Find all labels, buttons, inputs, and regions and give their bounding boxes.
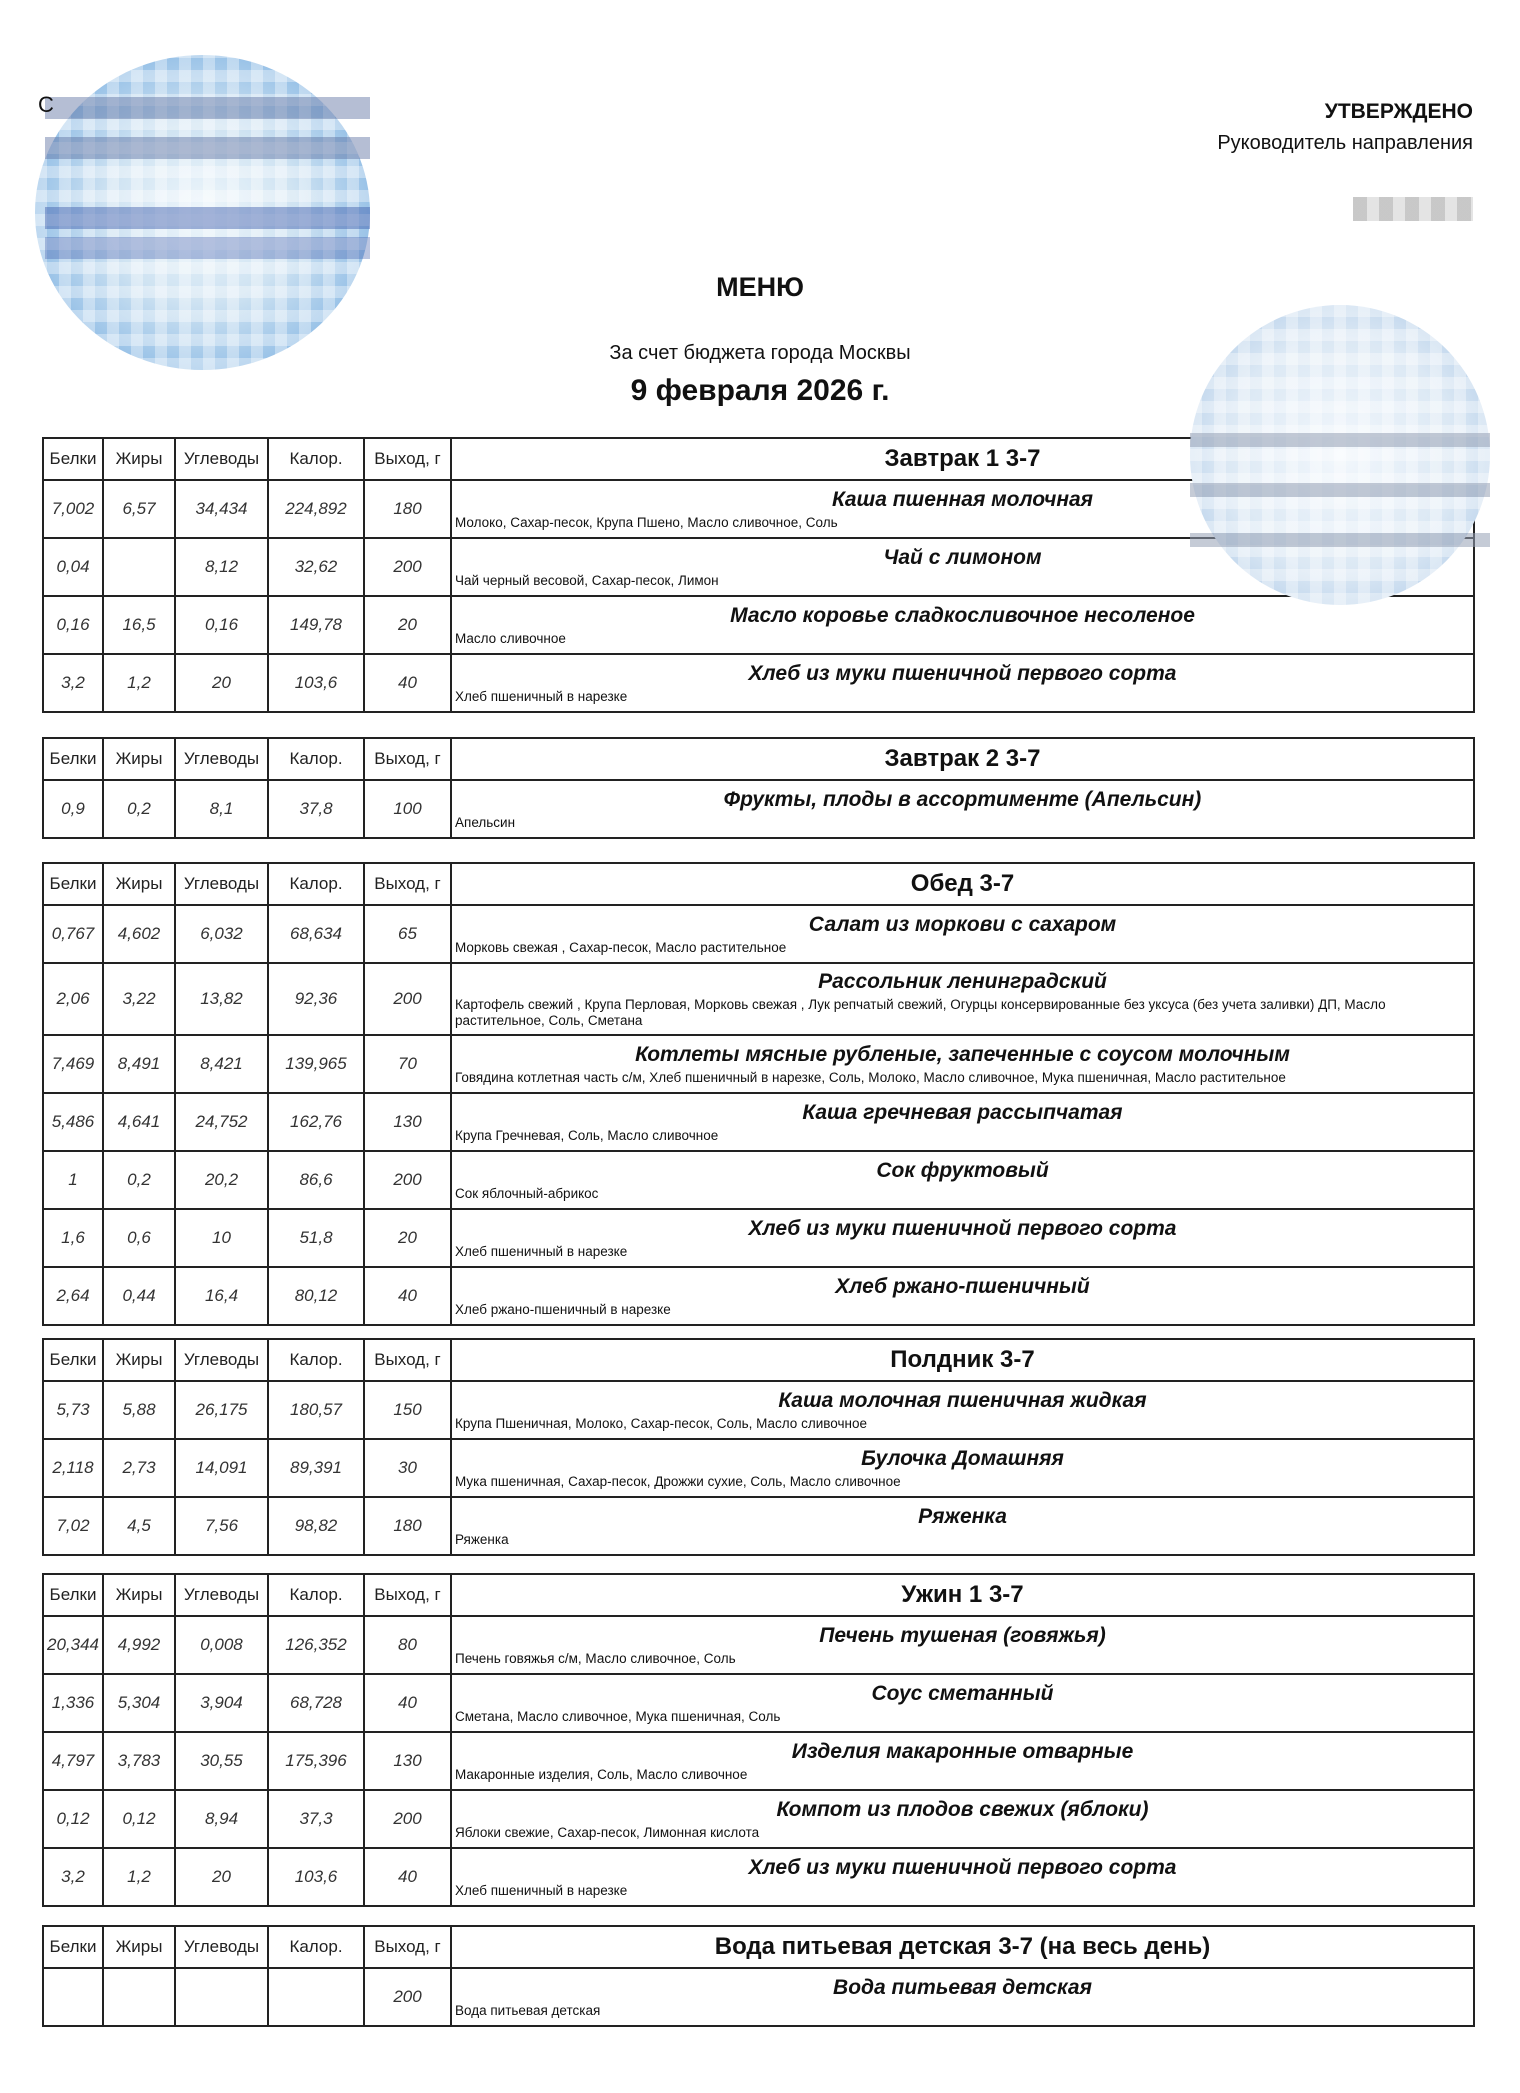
nutrient-yield: 40 bbox=[364, 1267, 451, 1325]
dish-row: 2,1182,7314,09189,39130Булочка ДомашняяМ… bbox=[43, 1439, 1474, 1497]
nutrient-fat: 0,12 bbox=[103, 1790, 175, 1848]
approval-title: УТВЕРЖДЕНО bbox=[1217, 100, 1473, 124]
column-header: Калор. bbox=[268, 863, 364, 905]
nutrient-kcal: 92,36 bbox=[268, 963, 364, 1035]
nutrient-carbs: 16,4 bbox=[175, 1267, 268, 1325]
nutrient-carbs: 8,12 bbox=[175, 538, 268, 596]
approval-block: УТВЕРЖДЕНО Руководитель направления bbox=[1217, 100, 1473, 155]
column-header: Калор. bbox=[268, 1926, 364, 1968]
stamp-initial: С bbox=[38, 92, 54, 118]
dish-row: 4,7973,78330,55175,396130Изделия макарон… bbox=[43, 1732, 1474, 1790]
nutrient-kcal: 180,57 bbox=[268, 1381, 364, 1439]
dish-row: 3,21,220103,640Хлеб из муки пшеничной пе… bbox=[43, 654, 1474, 712]
dish-cell: Рассольник ленинградскийКартофель свежий… bbox=[451, 963, 1474, 1035]
column-header: Жиры bbox=[103, 438, 175, 480]
column-header: Жиры bbox=[103, 1574, 175, 1616]
dish-cell: Печень тушеная (говяжья)Печень говяжья с… bbox=[451, 1616, 1474, 1674]
nutrient-protein: 0,9 bbox=[43, 780, 103, 838]
nutrient-yield: 150 bbox=[364, 1381, 451, 1439]
dish-row: 200Вода питьевая детскаяВода питьевая де… bbox=[43, 1968, 1474, 2026]
column-header: Жиры bbox=[103, 863, 175, 905]
column-header: Белки bbox=[43, 1574, 103, 1616]
nutrient-fat: 16,5 bbox=[103, 596, 175, 654]
meal-table: БелкиЖирыУглеводыКалор.Выход, гОбед 3-70… bbox=[42, 862, 1475, 1326]
nutrient-kcal: 103,6 bbox=[268, 1848, 364, 1906]
nutrient-yield: 180 bbox=[364, 1497, 451, 1555]
nutrient-carbs: 10 bbox=[175, 1209, 268, 1267]
dish-name: Изделия макаронные отварные bbox=[452, 1738, 1473, 1764]
nutrient-yield: 40 bbox=[364, 654, 451, 712]
dish-row: 5,4864,64124,752162,76130Каша гречневая … bbox=[43, 1093, 1474, 1151]
nutrient-kcal: 162,76 bbox=[268, 1093, 364, 1151]
nutrient-kcal: 32,62 bbox=[268, 538, 364, 596]
nutrient-kcal: 139,965 bbox=[268, 1035, 364, 1093]
nutrient-yield: 200 bbox=[364, 1968, 451, 2026]
nutrient-fat: 0,2 bbox=[103, 780, 175, 838]
nutrient-yield: 65 bbox=[364, 905, 451, 963]
nutrient-protein: 1 bbox=[43, 1151, 103, 1209]
nutrient-carbs: 34,434 bbox=[175, 480, 268, 538]
nutrient-kcal: 80,12 bbox=[268, 1267, 364, 1325]
dish-row: 5,735,8826,175180,57150Каша молочная пше… bbox=[43, 1381, 1474, 1439]
dish-cell: Фрукты, плоды в ассортименте (Апельсин)А… bbox=[451, 780, 1474, 838]
dish-name: Рассольник ленинградский bbox=[452, 968, 1473, 994]
dish-name: Котлеты мясные рубленые, запеченные с со… bbox=[452, 1041, 1473, 1067]
dish-cell: Салат из моркови с сахаромМорковь свежая… bbox=[451, 905, 1474, 963]
nutrient-protein: 20,344 bbox=[43, 1616, 103, 1674]
column-header: Калор. bbox=[268, 1339, 364, 1381]
dish-cell: Булочка ДомашняяМука пшеничная, Сахар-пе… bbox=[451, 1439, 1474, 1497]
nutrient-fat bbox=[103, 1968, 175, 2026]
nutrient-kcal: 37,3 bbox=[268, 1790, 364, 1848]
column-header: Выход, г bbox=[364, 1339, 451, 1381]
dish-cell: Изделия макаронные отварныеМакаронные из… bbox=[451, 1732, 1474, 1790]
dish-row: 10,220,286,6200Сок фруктовыйСок яблочный… bbox=[43, 1151, 1474, 1209]
dish-cell: Масло коровье сладкосливочное несоленоеМ… bbox=[451, 596, 1474, 654]
column-header: Выход, г bbox=[364, 1926, 451, 1968]
meal-name: Обед 3-7 bbox=[451, 863, 1474, 905]
dish-name: Хлеб ржано-пшеничный bbox=[452, 1273, 1473, 1299]
nutrient-fat: 0,2 bbox=[103, 1151, 175, 1209]
nutrient-yield: 20 bbox=[364, 596, 451, 654]
dish-row: 0,7674,6026,03268,63465Салат из моркови … bbox=[43, 905, 1474, 963]
nutrient-fat: 1,2 bbox=[103, 1848, 175, 1906]
dish-ingredients: Хлеб пшеничный в нарезке bbox=[452, 686, 1473, 707]
page-title: МЕНЮ bbox=[0, 272, 1520, 303]
nutrient-protein: 1,6 bbox=[43, 1209, 103, 1267]
column-header: Выход, г bbox=[364, 863, 451, 905]
meal-table: БелкиЖирыУглеводыКалор.Выход, гУжин 1 3-… bbox=[42, 1573, 1475, 1907]
nutrient-carbs bbox=[175, 1968, 268, 2026]
dish-name: Каша гречневая рассыпчатая bbox=[452, 1099, 1473, 1125]
column-header: Белки bbox=[43, 438, 103, 480]
nutrient-fat: 4,5 bbox=[103, 1497, 175, 1555]
dish-cell: Котлеты мясные рубленые, запеченные с со… bbox=[451, 1035, 1474, 1093]
dish-ingredients: Апельсин bbox=[452, 812, 1473, 833]
dish-cell: Хлеб из муки пшеничной первого сортаХлеб… bbox=[451, 1848, 1474, 1906]
dish-row: 0,120,128,9437,3200Компот из плодов свеж… bbox=[43, 1790, 1474, 1848]
column-header: Калор. bbox=[268, 738, 364, 780]
dish-name: Масло коровье сладкосливочное несоленое bbox=[452, 602, 1473, 628]
nutrient-yield: 100 bbox=[364, 780, 451, 838]
nutrient-fat: 0,44 bbox=[103, 1267, 175, 1325]
dish-cell: Хлеб из муки пшеничной первого сортаХлеб… bbox=[451, 654, 1474, 712]
meal-table: БелкиЖирыУглеводыКалор.Выход, гВода пить… bbox=[42, 1925, 1475, 2027]
nutrient-carbs: 6,032 bbox=[175, 905, 268, 963]
dish-cell: Каша гречневая рассыпчатаяКрупа Гречнева… bbox=[451, 1093, 1474, 1151]
nutrient-carbs: 3,904 bbox=[175, 1674, 268, 1732]
meal-header-row: БелкиЖирыУглеводыКалор.Выход, гУжин 1 3-… bbox=[43, 1574, 1474, 1616]
nutrient-kcal: 86,6 bbox=[268, 1151, 364, 1209]
nutrient-yield: 40 bbox=[364, 1848, 451, 1906]
nutrient-protein: 2,06 bbox=[43, 963, 103, 1035]
approval-role: Руководитель направления bbox=[1217, 132, 1473, 155]
column-header: Белки bbox=[43, 738, 103, 780]
nutrient-carbs: 30,55 bbox=[175, 1732, 268, 1790]
column-header: Выход, г bbox=[364, 438, 451, 480]
nutrient-yield: 70 bbox=[364, 1035, 451, 1093]
column-header: Жиры bbox=[103, 1339, 175, 1381]
dish-ingredients: Крупа Гречневая, Соль, Масло сливочное bbox=[452, 1125, 1473, 1146]
dish-ingredients: Яблоки свежие, Сахар-песок, Лимонная кис… bbox=[452, 1822, 1473, 1843]
dish-row: 20,3444,9920,008126,35280Печень тушеная … bbox=[43, 1616, 1474, 1674]
dish-ingredients: Хлеб ржано-пшеничный в нарезке bbox=[452, 1299, 1473, 1320]
dish-ingredients: Морковь свежая , Сахар-песок, Масло раст… bbox=[452, 937, 1473, 958]
dish-name: Булочка Домашняя bbox=[452, 1445, 1473, 1471]
dish-cell: Сок фруктовыйСок яблочный-абрикос bbox=[451, 1151, 1474, 1209]
nutrient-fat: 3,22 bbox=[103, 963, 175, 1035]
nutrient-carbs: 7,56 bbox=[175, 1497, 268, 1555]
nutrient-fat: 5,88 bbox=[103, 1381, 175, 1439]
dish-row: 2,640,4416,480,1240Хлеб ржано-пшеничныйХ… bbox=[43, 1267, 1474, 1325]
nutrient-yield: 130 bbox=[364, 1093, 451, 1151]
dish-row: 0,1616,50,16149,7820Масло коровье сладко… bbox=[43, 596, 1474, 654]
nutrient-yield: 40 bbox=[364, 1674, 451, 1732]
meal-name: Полдник 3-7 bbox=[451, 1339, 1474, 1381]
meal-name: Ужин 1 3-7 bbox=[451, 1574, 1474, 1616]
nutrient-kcal: 37,8 bbox=[268, 780, 364, 838]
dish-name: Хлеб из муки пшеничной первого сорта bbox=[452, 660, 1473, 686]
dish-ingredients: Хлеб пшеничный в нарезке bbox=[452, 1241, 1473, 1262]
column-header: Углеводы bbox=[175, 738, 268, 780]
nutrient-protein: 4,797 bbox=[43, 1732, 103, 1790]
dish-ingredients: Макаронные изделия, Соль, Масло сливочно… bbox=[452, 1764, 1473, 1785]
column-header: Жиры bbox=[103, 738, 175, 780]
nutrient-protein: 3,2 bbox=[43, 1848, 103, 1906]
dish-ingredients: Ряженка bbox=[452, 1529, 1473, 1550]
dish-ingredients: Хлеб пшеничный в нарезке bbox=[452, 1880, 1473, 1901]
dish-row: 3,21,220103,640Хлеб из муки пшеничной пе… bbox=[43, 1848, 1474, 1906]
nutrient-protein: 5,73 bbox=[43, 1381, 103, 1439]
dish-row: 1,3365,3043,90468,72840Соус сметанныйСме… bbox=[43, 1674, 1474, 1732]
nutrient-fat: 0,6 bbox=[103, 1209, 175, 1267]
dish-cell: Каша молочная пшеничная жидкаяКрупа Пшен… bbox=[451, 1381, 1474, 1439]
nutrient-protein: 0,04 bbox=[43, 538, 103, 596]
nutrient-yield: 30 bbox=[364, 1439, 451, 1497]
dish-name: Фрукты, плоды в ассортименте (Апельсин) bbox=[452, 786, 1473, 812]
nutrient-protein: 2,118 bbox=[43, 1439, 103, 1497]
nutrient-carbs: 8,1 bbox=[175, 780, 268, 838]
dish-ingredients: Масло сливочное bbox=[452, 628, 1473, 649]
nutrient-kcal: 51,8 bbox=[268, 1209, 364, 1267]
dish-cell: РяженкаРяженка bbox=[451, 1497, 1474, 1555]
nutrient-yield: 200 bbox=[364, 963, 451, 1035]
dish-cell: Хлеб ржано-пшеничныйХлеб ржано-пшеничный… bbox=[451, 1267, 1474, 1325]
nutrient-carbs: 20,2 bbox=[175, 1151, 268, 1209]
nutrient-yield: 200 bbox=[364, 1151, 451, 1209]
dish-ingredients: Крупа Пшеничная, Молоко, Сахар-песок, Со… bbox=[452, 1413, 1473, 1434]
nutrient-protein: 0,767 bbox=[43, 905, 103, 963]
column-header: Белки bbox=[43, 1926, 103, 1968]
column-header: Белки bbox=[43, 863, 103, 905]
nutrient-kcal: 68,634 bbox=[268, 905, 364, 963]
meal-header-row: БелкиЖирыУглеводыКалор.Выход, гОбед 3-7 bbox=[43, 863, 1474, 905]
column-header: Выход, г bbox=[364, 1574, 451, 1616]
nutrient-carbs: 0,008 bbox=[175, 1616, 268, 1674]
column-header: Калор. bbox=[268, 438, 364, 480]
nutrient-kcal: 149,78 bbox=[268, 596, 364, 654]
meal-table: БелкиЖирыУглеводыКалор.Выход, гПолдник 3… bbox=[42, 1338, 1475, 1556]
nutrient-yield: 130 bbox=[364, 1732, 451, 1790]
dish-ingredients: Мука пшеничная, Сахар-песок, Дрожжи сухи… bbox=[452, 1471, 1473, 1492]
nutrient-protein: 3,2 bbox=[43, 654, 103, 712]
dish-name: Хлеб из муки пшеничной первого сорта bbox=[452, 1854, 1473, 1880]
dish-name: Каша молочная пшеничная жидкая bbox=[452, 1387, 1473, 1413]
meal-name: Завтрак 2 3-7 bbox=[451, 738, 1474, 780]
dish-name: Вода питьевая детская bbox=[452, 1974, 1473, 2000]
meal-header-row: БелкиЖирыУглеводыКалор.Выход, гВода пить… bbox=[43, 1926, 1474, 1968]
nutrient-fat: 3,783 bbox=[103, 1732, 175, 1790]
nutrient-kcal: 224,892 bbox=[268, 480, 364, 538]
dish-ingredients: Сметана, Масло сливочное, Мука пшеничная… bbox=[452, 1706, 1473, 1727]
nutrient-kcal: 68,728 bbox=[268, 1674, 364, 1732]
dish-cell: Вода питьевая детскаяВода питьевая детск… bbox=[451, 1968, 1474, 2026]
nutrient-protein: 7,02 bbox=[43, 1497, 103, 1555]
column-header: Углеводы bbox=[175, 1926, 268, 1968]
nutrient-kcal: 103,6 bbox=[268, 654, 364, 712]
meal-name: Вода питьевая детская 3-7 (на весь день) bbox=[451, 1926, 1474, 1968]
column-header: Углеводы bbox=[175, 863, 268, 905]
nutrient-yield: 80 bbox=[364, 1616, 451, 1674]
column-header: Белки bbox=[43, 1339, 103, 1381]
dish-name: Компот из плодов свежих (яблоки) bbox=[452, 1796, 1473, 1822]
nutrient-protein: 5,486 bbox=[43, 1093, 103, 1151]
dish-name: Салат из моркови с сахаром bbox=[452, 911, 1473, 937]
nutrient-fat: 2,73 bbox=[103, 1439, 175, 1497]
nutrient-protein bbox=[43, 1968, 103, 2026]
nutrient-protein: 2,64 bbox=[43, 1267, 103, 1325]
nutrient-carbs: 13,82 bbox=[175, 963, 268, 1035]
nutrient-carbs: 14,091 bbox=[175, 1439, 268, 1497]
column-header: Выход, г bbox=[364, 738, 451, 780]
dish-name: Ряженка bbox=[452, 1503, 1473, 1529]
dish-cell: Соус сметанныйСметана, Масло сливочное, … bbox=[451, 1674, 1474, 1732]
nutrient-carbs: 24,752 bbox=[175, 1093, 268, 1151]
nutrient-protein: 1,336 bbox=[43, 1674, 103, 1732]
nutrient-kcal: 175,396 bbox=[268, 1732, 364, 1790]
dish-row: 7,024,57,5698,82180РяженкаРяженка bbox=[43, 1497, 1474, 1555]
nutrient-fat: 4,602 bbox=[103, 905, 175, 963]
nutrient-carbs: 8,94 bbox=[175, 1790, 268, 1848]
nutrient-fat: 6,57 bbox=[103, 480, 175, 538]
dish-name: Соус сметанный bbox=[452, 1680, 1473, 1706]
nutrient-fat: 8,491 bbox=[103, 1035, 175, 1093]
nutrient-protein: 7,469 bbox=[43, 1035, 103, 1093]
dish-ingredients: Картофель свежий , Крупа Перловая, Морко… bbox=[452, 994, 1473, 1031]
nutrient-kcal: 98,82 bbox=[268, 1497, 364, 1555]
nutrient-fat: 1,2 bbox=[103, 654, 175, 712]
nutrient-yield: 180 bbox=[364, 480, 451, 538]
nutrient-kcal: 126,352 bbox=[268, 1616, 364, 1674]
nutrient-kcal: 89,391 bbox=[268, 1439, 364, 1497]
meal-header-row: БелкиЖирыУглеводыКалор.Выход, гЗавтрак 2… bbox=[43, 738, 1474, 780]
dish-name: Сок фруктовый bbox=[452, 1157, 1473, 1183]
dish-row: 2,063,2213,8292,36200Рассольник ленингра… bbox=[43, 963, 1474, 1035]
nutrient-kcal bbox=[268, 1968, 364, 2026]
dish-row: 0,90,28,137,8100Фрукты, плоды в ассортим… bbox=[43, 780, 1474, 838]
meal-table: БелкиЖирыУглеводыКалор.Выход, гЗавтрак 2… bbox=[42, 737, 1475, 839]
nutrient-protein: 7,002 bbox=[43, 480, 103, 538]
nutrient-yield: 20 bbox=[364, 1209, 451, 1267]
nutrient-carbs: 0,16 bbox=[175, 596, 268, 654]
redacted-signature bbox=[1353, 197, 1473, 221]
column-header: Жиры bbox=[103, 1926, 175, 1968]
dish-name: Печень тушеная (говяжья) bbox=[452, 1622, 1473, 1648]
column-header: Углеводы bbox=[175, 1339, 268, 1381]
column-header: Углеводы bbox=[175, 1574, 268, 1616]
redacted-stamp-right bbox=[1190, 305, 1490, 605]
dish-ingredients: Вода питьевая детская bbox=[452, 2000, 1473, 2021]
dish-ingredients: Говядина котлетная часть с/м, Хлеб пшени… bbox=[452, 1067, 1473, 1088]
nutrient-yield: 200 bbox=[364, 538, 451, 596]
nutrient-protein: 0,16 bbox=[43, 596, 103, 654]
dish-ingredients: Печень говяжья с/м, Масло сливочное, Сол… bbox=[452, 1648, 1473, 1669]
dish-cell: Хлеб из муки пшеничной первого сортаХлеб… bbox=[451, 1209, 1474, 1267]
column-header: Углеводы bbox=[175, 438, 268, 480]
nutrient-carbs: 8,421 bbox=[175, 1035, 268, 1093]
meal-header-row: БелкиЖирыУглеводыКалор.Выход, гПолдник 3… bbox=[43, 1339, 1474, 1381]
nutrient-carbs: 20 bbox=[175, 1848, 268, 1906]
nutrient-protein: 0,12 bbox=[43, 1790, 103, 1848]
nutrient-carbs: 20 bbox=[175, 654, 268, 712]
dish-cell: Компот из плодов свежих (яблоки)Яблоки с… bbox=[451, 1790, 1474, 1848]
nutrient-fat: 4,641 bbox=[103, 1093, 175, 1151]
dish-name: Хлеб из муки пшеничной первого сорта bbox=[452, 1215, 1473, 1241]
nutrient-fat: 5,304 bbox=[103, 1674, 175, 1732]
nutrient-fat bbox=[103, 538, 175, 596]
redacted-stamp-left bbox=[35, 55, 370, 370]
nutrient-fat: 4,992 bbox=[103, 1616, 175, 1674]
dish-ingredients: Сок яблочный-абрикос bbox=[452, 1183, 1473, 1204]
column-header: Калор. bbox=[268, 1574, 364, 1616]
dish-row: 7,4698,4918,421139,96570Котлеты мясные р… bbox=[43, 1035, 1474, 1093]
nutrient-yield: 200 bbox=[364, 1790, 451, 1848]
dish-row: 1,60,61051,820Хлеб из муки пшеничной пер… bbox=[43, 1209, 1474, 1267]
nutrient-carbs: 26,175 bbox=[175, 1381, 268, 1439]
